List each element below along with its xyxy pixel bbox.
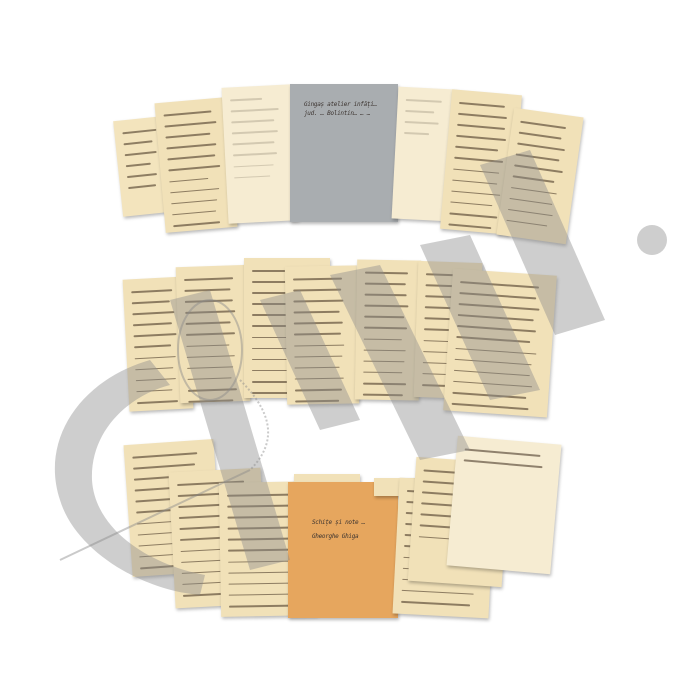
- manuscript-page: [355, 259, 421, 400]
- orange-cover-title: Schițe și note …: [312, 518, 388, 527]
- grey-cover-page: Gingaș atelier infăți… jud. … Bolintin… …: [290, 84, 398, 222]
- orange-cover-page: Schițe și note … Gheorghe Ghiga: [288, 482, 398, 618]
- manuscript-page: [221, 84, 298, 223]
- manuscript-page: [176, 265, 251, 403]
- manuscript-page: [285, 265, 359, 404]
- grey-cover-text: Gingaș atelier infăți… jud. … Bolintin… …: [304, 100, 388, 118]
- manuscript-page: [447, 436, 562, 575]
- manuscript-page: [443, 269, 557, 418]
- manuscript-photo: Gingaș atelier infăți… jud. … Bolintin… …: [0, 0, 700, 700]
- orange-cover-author: Gheorghe Ghiga: [312, 532, 388, 541]
